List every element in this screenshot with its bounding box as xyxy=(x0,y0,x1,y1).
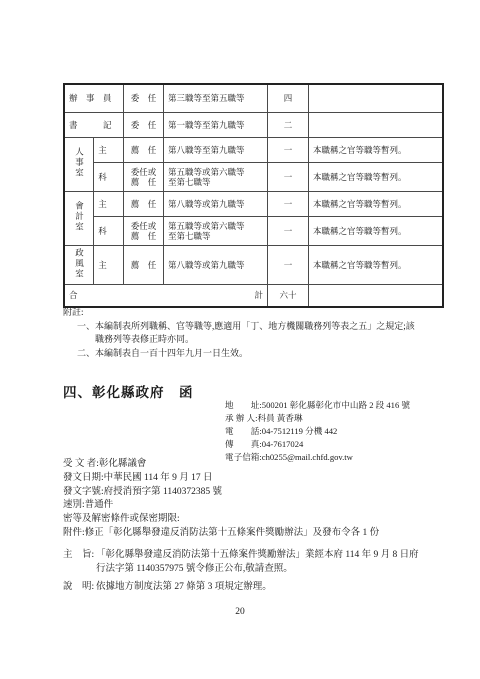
cell-grade: 第五職等或第六職等 至第七職等 xyxy=(164,163,268,192)
cell-remark: 本職稱之官等職等暫列。 xyxy=(309,217,444,246)
cell-remark: 本職稱之官等職等暫列。 xyxy=(309,192,444,217)
contact-address-value: 500201 彰化縣彰化市中山路 2 段 416 號 xyxy=(262,400,410,410)
cell-title: 書 記 xyxy=(64,113,124,138)
table-row: 政風室 主 任 薦 任 第八職等或第九職等 一 本職稱之官等職等暫列。 xyxy=(64,246,443,285)
contact-phone: 電 話:04-7512119 分機 442 xyxy=(225,425,410,438)
cell-title: 科 員 xyxy=(94,217,124,246)
notes-heading: 附註: xyxy=(63,306,419,320)
cell-rank: 委任或 薦 任 xyxy=(124,217,164,246)
contact-officer: 承 辦 人:科員 黃香琳 xyxy=(225,412,410,425)
total-label-right: 計 xyxy=(254,290,263,301)
rank-line-1: 委任或 xyxy=(128,221,159,231)
cell-count: 一 xyxy=(268,163,309,192)
note-item-2: 二、本編制表自一百十四年九月一日生效。 xyxy=(77,347,419,361)
cell-rank: 委 任 xyxy=(124,113,164,138)
cell-remark xyxy=(309,113,444,138)
contact-address: 地 址:500201 彰化縣彰化市中山路 2 段 416 號 xyxy=(225,399,410,412)
cell-count: 一 xyxy=(268,246,309,285)
contact-block: 地 址:500201 彰化縣彰化市中山路 2 段 416 號 承 辦 人:科員 … xyxy=(225,399,410,463)
establishment-table-wrap: 辦 事 員 委 任 第三職等至第五職等 四 書 記 委 任 第一職等至第九職等 … xyxy=(63,83,415,308)
table-row: 書 記 委 任 第一職等至第九職等 二 xyxy=(64,113,443,138)
table-row: 人事室 主 任 薦 任 第八職等至第九職等 一 本職稱之官等職等暫列。 xyxy=(64,138,443,163)
description-line: 說 明: 依據地方制度法第 27 條第 3 項規定辦理。 xyxy=(63,580,421,594)
establishment-table: 辦 事 員 委 任 第三職等至第五職等 四 書 記 委 任 第一職等至第九職等 … xyxy=(63,83,444,308)
cell-remark: 本職稱之官等職等暫列。 xyxy=(309,163,444,192)
contact-fax: 傳 真:04-7617024 xyxy=(225,438,410,451)
grade-line-2: 至第七職等 xyxy=(168,231,263,241)
cell-count: 四 xyxy=(268,84,309,113)
cell-title: 主 任 xyxy=(94,246,124,285)
grade-line-1: 第五職等或第六職等 xyxy=(168,221,263,231)
notes-section: 附註: 一、本編制表所列職稱、官等職等,應適用「丁、地方機關職務列等表之五」之規… xyxy=(63,306,419,360)
subject-label: 主 旨: xyxy=(63,548,96,562)
priority-line: 速別:普通件 xyxy=(63,499,379,513)
recipient-block: 受 文 者:彰化縣議會 發文日期:中華民國 114 年 9 月 17 日 發文字… xyxy=(63,458,379,541)
cell-count: 二 xyxy=(268,113,309,138)
contact-fax-value: 04-7617024 xyxy=(262,439,304,449)
cell-grade: 第八職等或第九職等 xyxy=(164,192,268,217)
security-line: 密等及解密條件或保密期限: xyxy=(63,513,379,527)
office-name: 政風室 xyxy=(74,248,85,280)
doc-number-line: 發文字號:府授消預字第 1140372385 號 xyxy=(63,486,379,500)
cell-count: 一 xyxy=(268,138,309,163)
contact-phone-label: 電 話: xyxy=(225,426,262,436)
cell-grade: 第八職等或第九職等 xyxy=(164,246,268,285)
letter-heading: 四、彰化縣政府 函 xyxy=(63,381,194,401)
contact-officer-label: 承 辦 人: xyxy=(225,413,257,423)
cell-title: 主 任 xyxy=(94,138,124,163)
cell-office-group: 人事室 xyxy=(64,138,94,192)
cell-remark: 本職稱之官等職等暫列。 xyxy=(309,246,444,285)
attachment-line: 附件:修正「彰化縣舉發違反消防法第十五條案件獎勵辦法」及發布令各 1 份 xyxy=(63,527,379,541)
description-text: 依據地方制度法第 27 條第 3 項規定辦理。 xyxy=(96,580,421,594)
cell-count: 一 xyxy=(268,217,309,246)
rank-line-1: 委任或 xyxy=(128,167,159,177)
rank-line-2: 薦 任 xyxy=(128,177,159,187)
cell-title: 辦 事 員 xyxy=(64,84,124,113)
table-row: 辦 事 員 委 任 第三職等至第五職等 四 xyxy=(64,84,443,113)
cell-office-group: 會計室 xyxy=(64,192,94,246)
note-item-1: 一、本編制表所列職稱、官等職等,應適用「丁、地方機關職務列等表之五」之規定;該職… xyxy=(77,320,419,347)
page-number: 20 xyxy=(0,607,480,617)
contact-address-label: 地 址: xyxy=(225,400,262,410)
cell-remark: 本職稱之官等職等暫列。 xyxy=(309,138,444,163)
cell-grade: 第一職等至第九職等 xyxy=(164,113,268,138)
cell-grade: 第八職等至第九職等 xyxy=(164,138,268,163)
body-section: 主 旨: 「彰化縣舉發違反消防法第十五條案件獎勵辦法」業經本府 114 年 9 … xyxy=(63,548,421,597)
subject-text: 「彰化縣舉發違反消防法第十五條案件獎勵辦法」業經本府 114 年 9 月 8 日… xyxy=(96,548,421,577)
total-label-left: 合 xyxy=(69,290,78,301)
contact-phone-value: 04-7512119 分機 442 xyxy=(262,426,338,436)
table-total-row: 合 計 六十 xyxy=(64,285,443,308)
issue-date-line: 發文日期:中華民國 114 年 9 月 17 日 xyxy=(63,472,379,486)
cell-total-remark xyxy=(309,285,444,308)
cell-grade: 第五職等或第六職等 至第七職等 xyxy=(164,217,268,246)
document-page: 辦 事 員 委 任 第三職等至第五職等 四 書 記 委 任 第一職等至第九職等 … xyxy=(0,0,480,679)
cell-rank: 委任或 薦 任 xyxy=(124,163,164,192)
cell-rank: 薦 任 xyxy=(124,138,164,163)
table-row: 會計室 主 任 薦 任 第八職等或第九職等 一 本職稱之官等職等暫列。 xyxy=(64,192,443,217)
cell-grade: 第三職等至第五職等 xyxy=(164,84,268,113)
cell-count: 一 xyxy=(268,192,309,217)
office-name: 人事室 xyxy=(74,147,85,179)
cell-total-count: 六十 xyxy=(268,285,309,308)
office-name: 會計室 xyxy=(74,201,85,233)
table-row: 科 員 委任或 薦 任 第五職等或第六職等 至第七職等 一 本職稱之官等職等暫列… xyxy=(64,217,443,246)
cell-title: 主 任 xyxy=(94,192,124,217)
cell-office-group: 政風室 xyxy=(64,246,94,285)
contact-fax-label: 傳 真: xyxy=(225,439,262,449)
grade-line-1: 第五職等或第六職等 xyxy=(168,167,263,177)
cell-remark xyxy=(309,84,444,113)
table-row: 科 員 委任或 薦 任 第五職等或第六職等 至第七職等 一 本職稱之官等職等暫列… xyxy=(64,163,443,192)
subject-line: 主 旨: 「彰化縣舉發違反消防法第十五條案件獎勵辦法」業經本府 114 年 9 … xyxy=(63,548,421,577)
cell-title: 科 員 xyxy=(94,163,124,192)
grade-line-2: 至第七職等 xyxy=(168,177,263,187)
recipient-line: 受 文 者:彰化縣議會 xyxy=(63,458,379,472)
contact-officer-value: 科員 黃香琳 xyxy=(257,413,302,423)
cell-total-label: 合 計 xyxy=(64,285,268,308)
cell-rank: 委 任 xyxy=(124,84,164,113)
cell-rank: 薦 任 xyxy=(124,192,164,217)
rank-line-2: 薦 任 xyxy=(128,231,159,241)
description-label: 說 明: xyxy=(63,580,96,594)
cell-rank: 薦 任 xyxy=(124,246,164,285)
